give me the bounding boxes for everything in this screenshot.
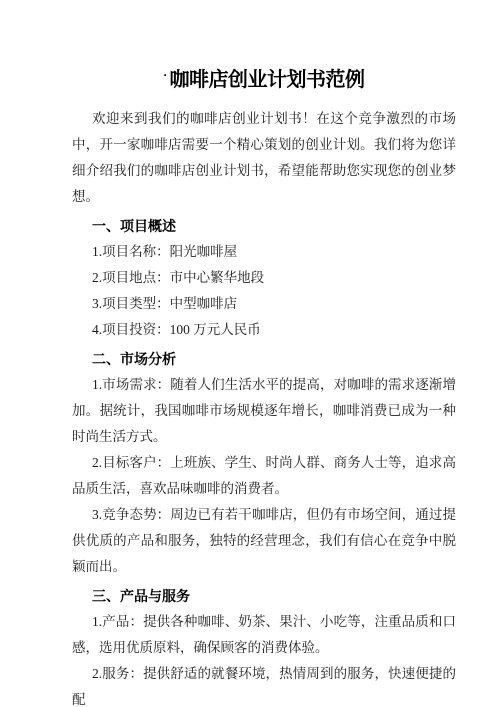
list-item: 1.项目名称：阳光咖啡屋 [72, 239, 456, 265]
page-title: ·咖啡店创业计划书范例 [72, 60, 456, 95]
section-heading-project-overview: 一、项目概述 [72, 213, 456, 239]
list-item: 3.竞争态势：周边已有若干咖啡店，但仍有市场空间，通过提供优质的产品和服务，独特… [72, 502, 456, 580]
section-heading-products-services: 三、产品与服务 [72, 583, 456, 609]
title-dot: · [164, 68, 168, 82]
list-item: 2.服务：提供舒适的就餐环境，热情周到的服务，快速便捷的配 [72, 661, 456, 707]
list-item: 1.市场需求：随着人们生活水平的提高，对咖啡的需求逐渐增加。据统计，我国咖啡市场… [72, 372, 456, 450]
document-page: ·咖啡店创业计划书范例 欢迎来到我们的咖啡店创业计划书！在这个竞争激烈的市场中，… [0, 0, 500, 707]
page-title-text: 咖啡店创业计划书范例 [170, 69, 365, 91]
list-item: 4.项目投资：100 万元人民币 [72, 317, 456, 343]
list-item: 3.项目类型：中型咖啡店 [72, 291, 456, 317]
intro-paragraph: 欢迎来到我们的咖啡店创业计划书！在这个竞争激烈的市场中，开一家咖啡店需要一个精心… [72, 106, 456, 210]
section-heading-market-analysis: 二、市场分析 [72, 346, 456, 372]
list-item: 2.目标客户：上班族、学生、时尚人群、商务人士等，追求高品质生活，喜欢品味咖啡的… [72, 450, 456, 502]
list-item: 1.产品：提供各种咖啡、奶茶、果汁、小吃等，注重品质和口感，选用优质原料，确保顾… [72, 609, 456, 661]
list-item: 2.项目地点：市中心繁华地段 [72, 265, 456, 291]
